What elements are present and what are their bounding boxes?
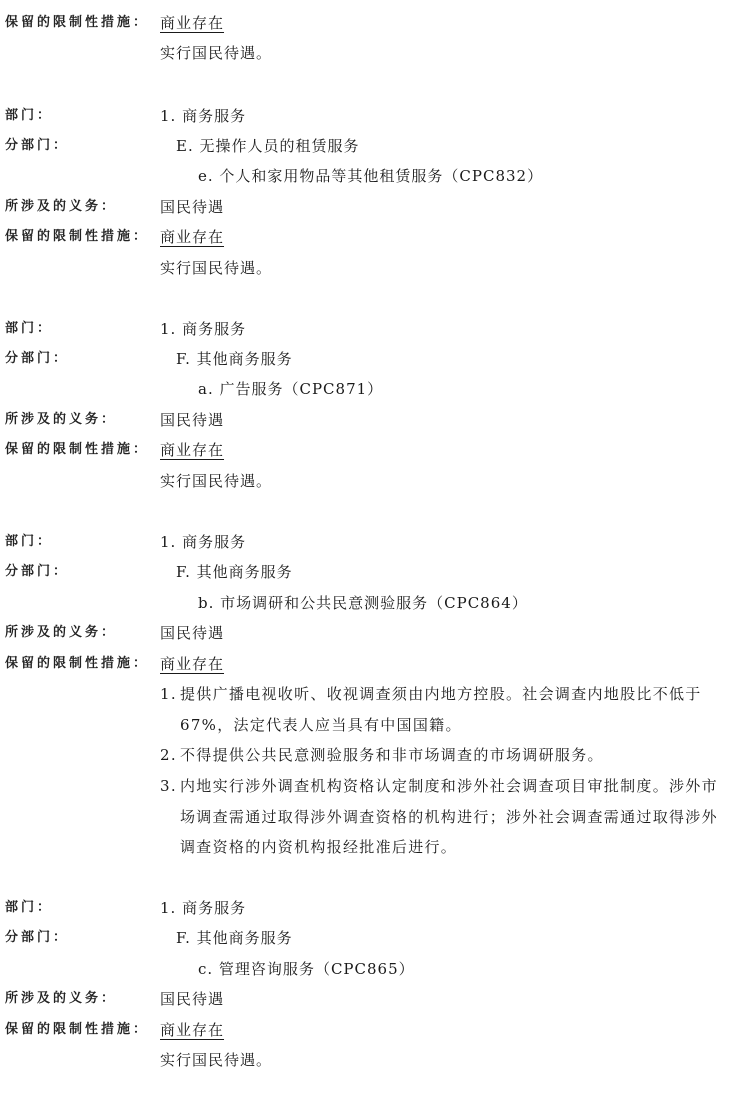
- reserved-text: 实行国民待遇。: [160, 38, 272, 68]
- measure-item-2: 2.不得提供公共民意测验服务和非市场调查的市场调研服务。: [160, 740, 740, 771]
- measure-text-continued: 67%，法定代表人应当具有中国国籍。: [160, 710, 740, 741]
- subsector-label: 分部门：: [5, 923, 69, 953]
- subsector-label: 分部门：: [5, 557, 69, 587]
- reserved-mode: 商业存在: [160, 435, 224, 465]
- reserved-measures-label: 保留的限制性措施：: [5, 8, 149, 38]
- obligations-value: 国民待遇: [160, 618, 224, 648]
- measure-text: 提供广播电视收听、收视调查须由内地方控股。社会调查内地股比不低于: [180, 685, 702, 703]
- sector-value: 1. 商务服务: [160, 101, 246, 131]
- item-value: e. 个人和家用物品等其他租赁服务（CPC832）: [198, 161, 543, 191]
- sector-value: 1. 商务服务: [160, 893, 246, 923]
- subsector-value: F. 其他商务服务: [176, 557, 293, 587]
- reserved-mode: 商业存在: [160, 222, 224, 252]
- measure-item-3: 3.内地实行涉外调查机构资格认定制度和涉外社会调查项目审批制度。涉外市 场调查需…: [160, 771, 740, 863]
- reserved-text: 实行国民待遇。: [160, 253, 272, 283]
- sector-label: 部门：: [5, 101, 53, 131]
- subsector-value: F. 其他商务服务: [176, 923, 293, 953]
- obligations-label: 所涉及的义务：: [5, 984, 117, 1014]
- subsector-value: F. 其他商务服务: [176, 344, 293, 374]
- measure-text: 不得提供公共民意测验服务和非市场调查的市场调研服务。: [180, 746, 604, 764]
- obligations-value: 国民待遇: [160, 405, 224, 435]
- sector-label: 部门：: [5, 314, 53, 344]
- measure-text-continued: 调查资格的内资机构报经批准后进行。: [160, 832, 740, 863]
- subsector-label: 分部门：: [5, 131, 69, 161]
- reserved-measures-label: 保留的限制性措施：: [5, 649, 149, 679]
- reserved-measures-label: 保留的限制性措施：: [5, 435, 149, 465]
- reserved-mode: 商业存在: [160, 1015, 224, 1045]
- obligations-value: 国民待遇: [160, 192, 224, 222]
- reserved-text: 实行国民待遇。: [160, 1045, 272, 1075]
- item-value: c. 管理咨询服务（CPC865）: [198, 954, 415, 984]
- obligations-label: 所涉及的义务：: [5, 618, 117, 648]
- obligations-value: 国民待遇: [160, 984, 224, 1014]
- reserved-text: 实行国民待遇。: [160, 466, 272, 496]
- obligations-label: 所涉及的义务：: [5, 405, 117, 435]
- reserved-measures-label: 保留的限制性措施：: [5, 222, 149, 252]
- item-value: a. 广告服务（CPC871）: [198, 374, 383, 404]
- measure-item-1: 1.提供广播电视收听、收视调查须由内地方控股。社会调查内地股比不低于 67%，法…: [160, 679, 740, 740]
- obligations-label: 所涉及的义务：: [5, 192, 117, 222]
- measure-text-continued: 场调查需通过取得涉外调查资格的机构进行；涉外社会调查需通过取得涉外: [160, 802, 740, 833]
- item-value: b. 市场调研和公共民意测验服务（CPC864）: [198, 588, 528, 618]
- reserved-measures-label: 保留的限制性措施：: [5, 1015, 149, 1045]
- reserved-mode: 商业存在: [160, 649, 224, 679]
- subsector-value: E. 无操作人员的租赁服务: [176, 131, 360, 161]
- measure-number: 1.: [160, 679, 180, 710]
- measure-number: 3.: [160, 771, 180, 802]
- sector-value: 1. 商务服务: [160, 314, 246, 344]
- reserved-mode: 商业存在: [160, 8, 224, 38]
- sector-label: 部门：: [5, 893, 53, 923]
- subsector-label: 分部门：: [5, 344, 69, 374]
- sector-value: 1. 商务服务: [160, 527, 246, 557]
- sector-label: 部门：: [5, 527, 53, 557]
- measure-number: 2.: [160, 740, 180, 771]
- measure-text: 内地实行涉外调查机构资格认定制度和涉外社会调查项目审批制度。涉外市: [180, 777, 718, 795]
